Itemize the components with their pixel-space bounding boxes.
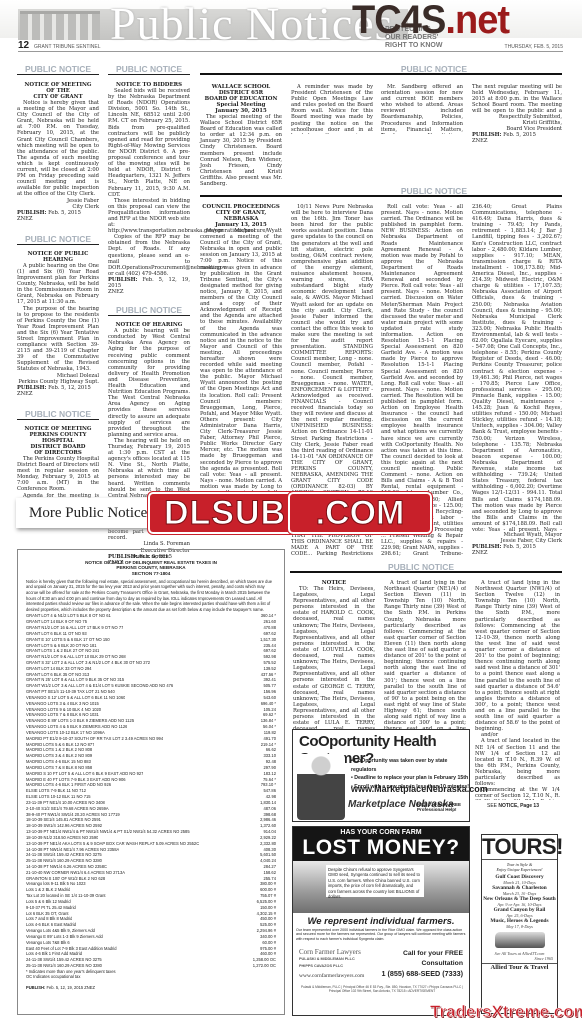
notice-title: NOTICE OF MEETINGPERKINS COUNTY HOSPITAL…	[17, 426, 99, 456]
council-notice: PUBLIC NOTICE	[200, 186, 562, 197]
wallace-col-2: A reminder was made by President Christe…	[291, 84, 373, 134]
section-header: PUBLIC NOTICE	[17, 64, 99, 75]
tax-sale-notice: PUBLIC NOTICE NOTICE OF SALE OF DELINQUE…	[17, 549, 285, 1015]
wallace-col-3: Mr. Sandberg offered an orientation sess…	[381, 84, 463, 134]
brand-suffix: .net	[445, 0, 509, 42]
notice-body: The next regular meeting will be held We…	[472, 84, 562, 114]
folio-bar: 12 GRANT TRIBUNE SENTINEL THURSDAY, FEB.…	[18, 40, 563, 52]
tour-date: May 17, 8-Days	[482, 924, 557, 929]
watermark-logo-left: DLSUB	[150, 494, 300, 532]
heirs-col-3: A tract of land lying in the Northwest Q…	[475, 580, 560, 800]
council-col-4: 236.40; Great Plains Communications, tel…	[472, 204, 562, 556]
notice-body: 236.40; Great Plains Communications, tel…	[472, 204, 562, 532]
tax-header: PUBLIC NOTICE NOTICE OF SALE OF DELINQUE…	[26, 554, 276, 577]
section-header: PUBLIC NOTICE	[290, 562, 562, 573]
notice-body: Mayor Michael Wyatt convened a meeting o…	[200, 228, 282, 500]
cooportunity-ad[interactable]: CoOportunity Health Customer? CoOportuni…	[292, 729, 470, 822]
notice-body: A tract of land lying in the Northeast Q…	[384, 580, 466, 730]
ad-body: Our team represented over 2000 individua…	[293, 927, 469, 942]
since-label: Since 1965	[482, 956, 557, 961]
bus-image	[495, 932, 545, 948]
column-2: PUBLIC NOTICE NOTICE TO BIDDERS Sealed b…	[108, 64, 190, 566]
section-header: PUBLIC NOTICE	[108, 305, 190, 316]
notice-title: NOTICE OF PUBLIC HEARING	[17, 251, 99, 263]
publish-line: PUBLISH: Feb. 5, 12, 2015	[17, 385, 99, 391]
notice-body: Mr. Sandberg offered an orientation sess…	[381, 84, 463, 134]
company-logo: Allied Tour & Travel	[482, 963, 557, 971]
notice-body: The purpose of the hearing is to propose…	[17, 306, 99, 373]
firm-logo: Corn Farmer LawyersPULASKI & MIDDLEMAN P…	[299, 949, 361, 970]
notice-body: TO: The Heirs, Devisees, Legatees, Legal…	[293, 586, 375, 730]
heirs-col-1: NOTICE TO: The Heirs, Devisees, Legatees…	[293, 580, 375, 730]
tax-table: GRANT LOT 4 & N1/2 LOT 5 BLK 8 OT NO 613…	[26, 613, 276, 969]
notice-body: A public hearing will be conducted by We…	[108, 328, 190, 438]
continued-reference[interactable]: SEE NOTICE, Page 13	[473, 803, 553, 809]
watermark-url: TradersXtreme.com	[430, 1000, 582, 1024]
section-header: PUBLIC NOTICE	[200, 186, 562, 197]
wallace-col-4: The next regular meeting will be held We…	[472, 84, 562, 144]
publish-code: ZNEZ	[472, 138, 562, 144]
heirs-col-2: A tract of land lying in the Northeast Q…	[384, 580, 466, 730]
notice-body: A reminder was made by President Christe…	[291, 84, 373, 134]
notice-body: A tract of land lying in the Northwest Q…	[475, 580, 560, 732]
ad-banner: HAS YOUR CORN FARM LOST MONEY?	[293, 827, 469, 861]
publish-line: PUBLISH: Feb. 5, 12, 19, 2015	[108, 277, 190, 289]
notice-body: Notice is hereby given that a meeting of…	[17, 100, 99, 198]
section-header: PUBLIC NOTICE	[17, 409, 99, 420]
wallace-col-1: WALLACE SCHOOLDISTRICT 65RBOARD OF EDUCA…	[200, 84, 282, 187]
masthead: Public Notices PROTECTING OUR READERS' R…	[0, 0, 582, 38]
notice-body: A tract of land located in the NE 1/4 of…	[475, 738, 560, 787]
notice-title: WALLACE SCHOOLDISTRICT 65RBOARD OF EDUCA…	[200, 84, 282, 114]
wallace-notice: PUBLIC NOTICE	[200, 64, 562, 75]
brand-main: TC4S	[352, 0, 445, 42]
issue-date: THURSDAY, FEB. 5, 2015	[505, 44, 563, 50]
ad-fine-print: Pulaski & Middleman, PLLC | Principal Of…	[297, 985, 467, 993]
notice-body: The special meeting of the Wallace Schoo…	[200, 114, 282, 187]
section-header: PUBLIC NOTICE	[108, 64, 190, 75]
page-number: 12	[18, 40, 29, 51]
ad-subhead: Tour in Style &Enjoy Unique Experiences!	[482, 862, 557, 872]
publish-line: PUBLISH: Feb. 5, 12, 19, 2015 ZNEZ	[26, 985, 276, 991]
ad-headline: TOURS!	[482, 835, 557, 860]
ad-url[interactable]: www.cornfarmerlawyers.com	[299, 973, 364, 979]
notice-body: Copies of the RFP may be obtained from t…	[108, 234, 190, 277]
tours-ad[interactable]: TOURS! Tour in Style &Enjoy Unique Exper…	[481, 834, 558, 1014]
section-header: PUBLIC NOTICE	[200, 64, 562, 75]
notice-body: Those interested in bidding on this prop…	[108, 198, 190, 235]
ad-url[interactable]: www.MarketplaceNebraska.com	[351, 784, 488, 794]
notice-body: The Perkins County Hospital District Boa…	[17, 456, 99, 493]
notice-body: Sealed bids will be received by the Nebr…	[108, 88, 190, 198]
notice-title: COUNCIL PROCEEDINGSCITY OF GRANT, NEBRAS…	[200, 204, 282, 228]
notice-body: A public hearing on the One (1) and Six …	[17, 263, 99, 306]
section-header: PUBLIC NOTICE	[17, 234, 99, 245]
amount-due: 1,272.00 OC	[240, 963, 276, 969]
council-col-1: COUNCIL PROCEEDINGSCITY OF GRANT, NEBRAS…	[200, 204, 282, 500]
ad-tagline: We represent individual farmers.	[293, 916, 469, 927]
heirs-notice: PUBLIC NOTICE	[290, 562, 562, 573]
publication-name: GRANT TRIBUNE SENTINEL	[34, 44, 101, 50]
publish-code: ZNEZ	[472, 550, 562, 556]
brand-logo: TC4S.net	[352, 0, 509, 43]
tour-list: Gulf Coast DiscoveryMarch 21, 10-DaysSav…	[482, 874, 557, 929]
corn-farmer-ad[interactable]: HAS YOUR CORN FARM LOST MONEY? Despite C…	[292, 826, 470, 1016]
notice-title: NOTICE OF MEETINGOF THECITY OF GRANT	[17, 82, 99, 100]
ad-callout: Despite China's refusal to approve Synge…	[326, 865, 424, 897]
footnote: OC Indicates occupational tax	[26, 974, 276, 980]
ad-phone: (402) 718-9400 FREE Professional Help!	[417, 802, 469, 812]
cornfield-image: Despite China's refusal to approve Synge…	[293, 861, 469, 913]
courthouse-image	[20, 11, 100, 40]
column-1: PUBLIC NOTICE NOTICE OF MEETINGOF THECIT…	[17, 64, 99, 529]
tax-intro: Notice is hereby given that the followin…	[26, 579, 276, 613]
call-to-action: Call for your FREE Consultation 1 (855) …	[381, 949, 463, 979]
doctor-image	[297, 754, 345, 820]
watermark-logo-right: .COM	[290, 494, 430, 532]
